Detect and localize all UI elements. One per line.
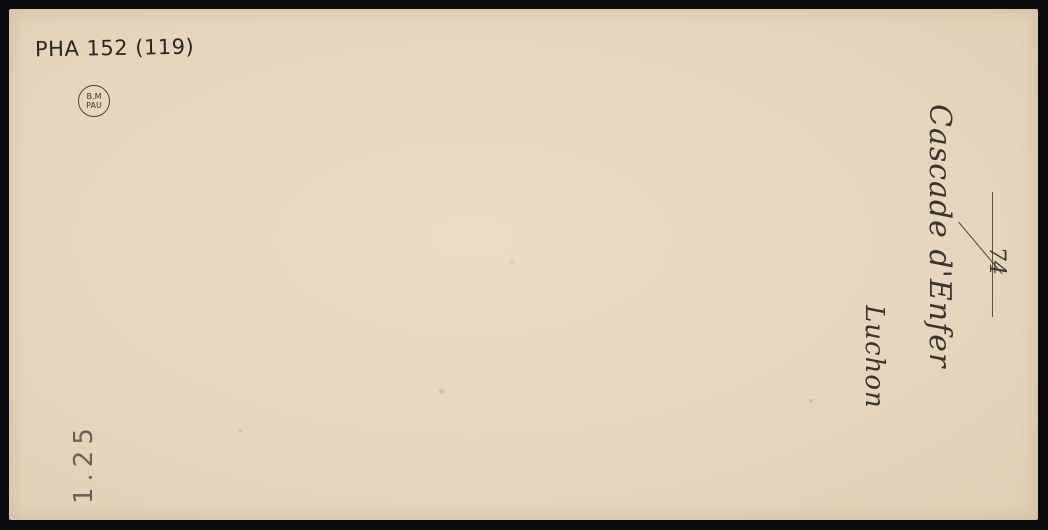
card-verso: PHA 152 (119) B.M PAU Cascade d'Enfer Lu… [9, 9, 1038, 520]
handwritten-price: 1.25 [69, 422, 99, 504]
paper-speck [439, 389, 444, 394]
paper-speck [809, 399, 813, 403]
handwritten-title: Cascade d'Enfer [922, 104, 957, 368]
handwritten-place: Luchon [859, 305, 889, 409]
shelfmark-label: PHA 152 (119) [35, 35, 195, 62]
paper-speck [239, 429, 242, 432]
stamp-line-2: PAU [86, 101, 102, 110]
library-stamp: B.M PAU [78, 85, 110, 117]
paper-speck [509, 259, 515, 265]
stamp-line-1: B.M [87, 92, 102, 101]
handwritten-fraction: 74 [984, 247, 1009, 275]
